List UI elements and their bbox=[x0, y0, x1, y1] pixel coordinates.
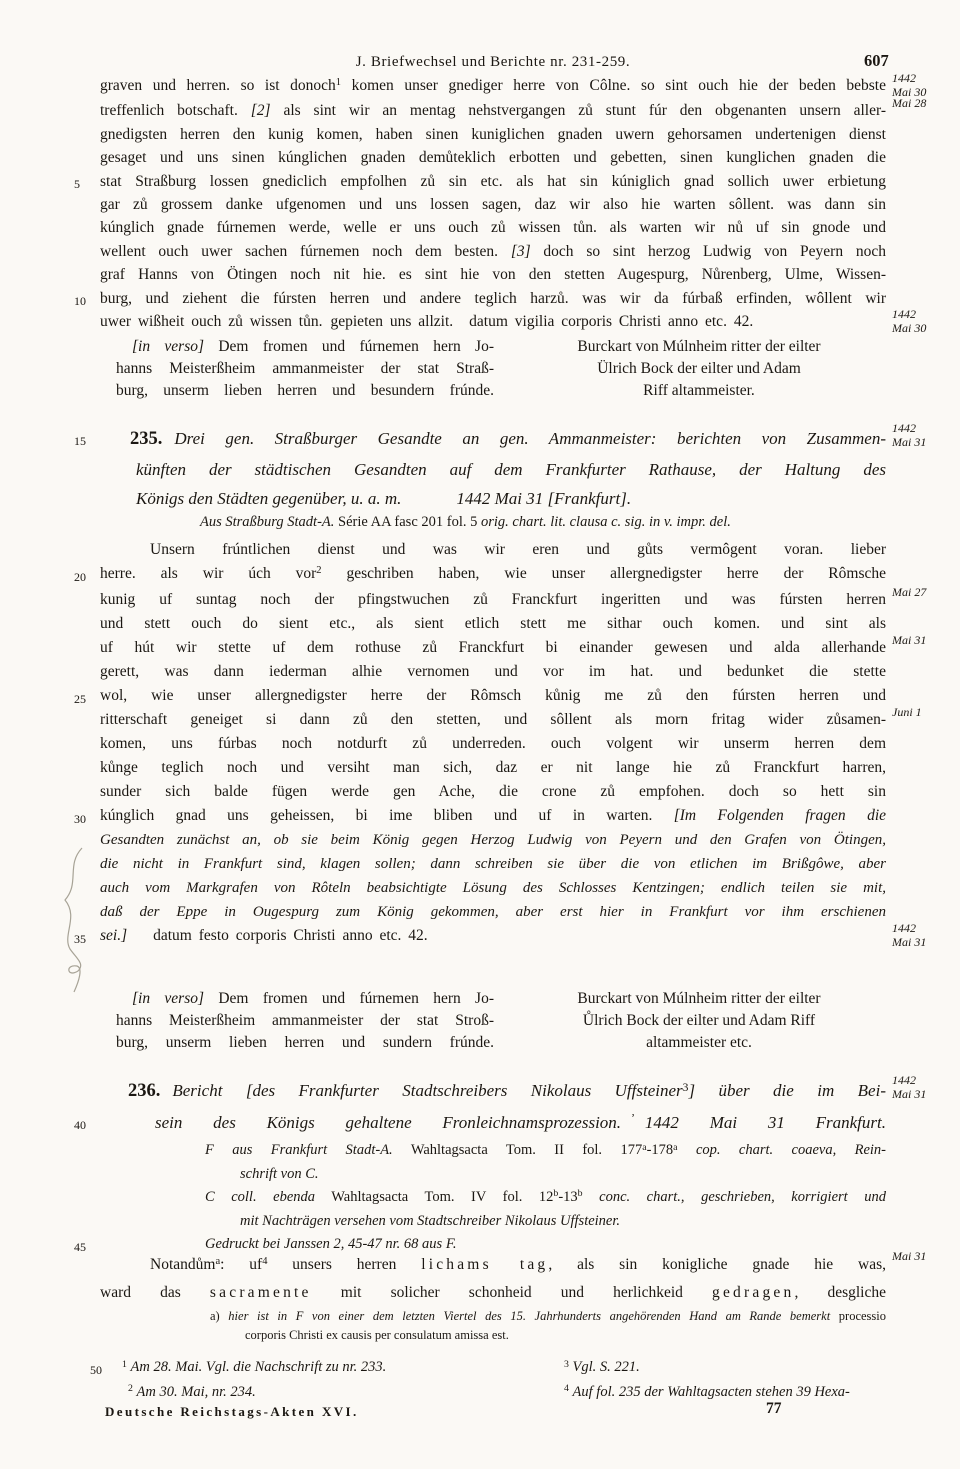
text-line: Königs den Städten gegenüber, u. a. m.14… bbox=[100, 484, 886, 514]
footnotes-block: 501 Am 28. Mai. Vgl. die Nachschrift zu … bbox=[100, 1356, 886, 1405]
text-line: künften der städtischen Gesandten auf de… bbox=[100, 455, 886, 485]
text-line: sunder sich balde fügen werde gen Ache, … bbox=[100, 780, 886, 804]
text-segment: treffenlich botschaft. bbox=[100, 102, 251, 119]
text-segment: orig. chart. lit. clausa c. sig. in v. i… bbox=[481, 514, 731, 530]
doc-234-verso-address-block: [in verso] Dem fromen und fúrnemen hern … bbox=[100, 336, 886, 402]
text-segment: a bbox=[642, 1142, 646, 1153]
text-line: kúnglich gnade fúrnemen werde, welle er … bbox=[100, 216, 886, 239]
text-segment: Wahltagsacta Tom. II fol. 177 bbox=[393, 1142, 643, 1158]
text-segment: burg, unserm lieben herren und sundern f… bbox=[116, 1034, 494, 1051]
text-line: Mai 27kunig uf suntag noch der pfingstwu… bbox=[100, 588, 886, 612]
margin-date-note: Mai 28 bbox=[892, 97, 960, 111]
text-segment: graf Hanns von Ötingen noch nit hie. es … bbox=[100, 266, 886, 283]
text-segment: Drei gen. Straßburger Gesandte an gen. A… bbox=[174, 429, 886, 448]
margin-date-note: Mai 31 bbox=[892, 634, 960, 648]
line-number: 25 bbox=[74, 687, 86, 711]
text-segment: Aus Straßburg Stadt-A. bbox=[200, 514, 334, 530]
text-line: 20herre. als wir úch vor2 geschriben hab… bbox=[100, 562, 886, 588]
text-segment: [in verso] bbox=[132, 990, 204, 1007]
doc-234-continuation-paragraph: 1442 Mai 30graven und herren. so ist don… bbox=[100, 74, 886, 333]
text-segment: [2] bbox=[251, 102, 271, 119]
text-segment: mit Nachträgen versehen vom Stadtschreib… bbox=[240, 1213, 620, 1229]
text-line: 2 Am 30. Mai, nr. 234. bbox=[116, 1381, 536, 1406]
text-segment: [in verso] bbox=[132, 338, 204, 355]
text-segment: uwer wißheit ouch zů wissen tůn. bbox=[100, 313, 323, 330]
text-line: Riff altammeister. bbox=[534, 380, 864, 402]
text-line: altammeister etc. bbox=[534, 1032, 864, 1054]
text-line: gar zů grossem danke ufgenomen und uns l… bbox=[100, 193, 886, 216]
text-segment: Vgl. S. 221. bbox=[573, 1359, 640, 1375]
text-line: gerett, was dann iederman alhie vernomen… bbox=[100, 660, 886, 684]
text-line: F aus Frankfurt Stadt-A. Wahltagsacta To… bbox=[100, 1139, 886, 1163]
address-left: [in verso] Dem fromen und fúrnemen hern … bbox=[116, 988, 494, 1054]
text-segment: künften der städtischen Gesandten auf de… bbox=[136, 460, 886, 479]
text-line: Ůlrich Bock der eilter und Adam Riff bbox=[534, 1010, 864, 1032]
text-segment: kúnglich gnad uns geheissen, bi ime blib… bbox=[100, 807, 674, 824]
text-line: Mai 31uf hút wir stette uf dem rothuse z… bbox=[100, 636, 886, 660]
text-segment: a) bbox=[210, 1309, 228, 1323]
doc-236-body: Mai 31Notandůma: uf4 unsers herren licha… bbox=[100, 1252, 886, 1306]
margin-date-note: 1442 Mai 30 bbox=[892, 308, 960, 335]
text-line: komen, uns fúrbas noch notdurft zů under… bbox=[100, 732, 886, 756]
text-segment: geschriben haben, wie unser allergnedigs… bbox=[322, 565, 886, 582]
text-line: C coll. ebenda Wahltagsacta Tom. IV fol.… bbox=[100, 1186, 886, 1210]
text-line: 25wol, wie unser allergnedigster herre d… bbox=[100, 684, 886, 708]
text-line: schrift von C. bbox=[100, 1163, 886, 1185]
text-segment: Am 28. Mai. Vgl. die Nachschrift zu nr. … bbox=[131, 1359, 387, 1375]
sheet-number: 77 bbox=[766, 1400, 782, 1418]
doc-235-source-note: Aus Straßburg Stadt-A. Série AA fasc 201… bbox=[100, 512, 886, 532]
text-segment: mit solicher schonheid und herlichkeid bbox=[312, 1284, 712, 1301]
text-line: hanns Meisterßheim ammanmeister der stat… bbox=[116, 358, 494, 380]
footnotes-right-column: 3 Vgl. S. 221.4 Auf fol. 235 der Wahltag… bbox=[564, 1356, 886, 1405]
text-line: burg, unserm lieben herren und besundern… bbox=[116, 380, 494, 402]
footnotes-left-column: 501 Am 28. Mai. Vgl. die Nachschrift zu … bbox=[116, 1356, 536, 1405]
footnote-a: a) hier ist in F von einer dem letzten V… bbox=[100, 1307, 886, 1345]
line-number: 40 bbox=[74, 1111, 86, 1141]
text-segment: Unsern frúntlichen dienst und was wir er… bbox=[150, 541, 886, 558]
text-line: mit Nachträgen versehen vom Stadtschreib… bbox=[100, 1210, 886, 1232]
text-segment: 4 bbox=[564, 1383, 569, 1394]
text-segment: die nicht in Frankfurt sind, klagen soll… bbox=[100, 856, 886, 872]
text-segment: stat Straßburg lossen gnediclich empfolh… bbox=[100, 173, 886, 190]
text-segment: Dem fromen und fúrnemen hern Jo- bbox=[204, 338, 494, 355]
text-segment: Série AA fasc 201 fol. 5 bbox=[334, 514, 481, 530]
text-segment: Ülrich Bock der eilter und Adam bbox=[597, 360, 801, 377]
text-segment: 2 bbox=[316, 565, 321, 576]
text-line: Aus Straßburg Stadt-A. Série AA fasc 201… bbox=[100, 512, 886, 532]
text-line: graf Hanns von Ötingen noch nit hie. es … bbox=[100, 263, 886, 286]
text-segment: gedragen bbox=[712, 1284, 794, 1301]
text-line: 30kúnglich gnad uns geheissen, bi ime bl… bbox=[100, 804, 886, 828]
text-segment: Königs den Städten gegenüber, u. a. m. bbox=[136, 489, 401, 508]
text-segment: Auf fol. 235 der Wahltagsacten stehen 39… bbox=[573, 1384, 850, 1400]
text-segment: Wahltagsacta Tom. IV fol. 12 bbox=[315, 1189, 553, 1205]
text-segment: : uf bbox=[220, 1256, 262, 1273]
text-line: 5stat Straßburg lossen gnediclich empfol… bbox=[100, 170, 886, 193]
text-segment: uf hút wir stette uf dem rothuse zů Fran… bbox=[100, 639, 886, 656]
line-number: 45 bbox=[74, 1236, 86, 1258]
text-segment: ʼ bbox=[631, 1112, 635, 1125]
text-segment: 2 bbox=[128, 1383, 133, 1394]
text-segment: Gesandten zunächst an, ob sie beim König… bbox=[100, 832, 886, 848]
text-segment: komen unser gnediger herre von Côlne. so… bbox=[341, 77, 886, 94]
text-segment: sein des Königs gehaltene Fronleichnamsp… bbox=[155, 1113, 621, 1132]
address-left: [in verso] Dem fromen und fúrnemen hern … bbox=[116, 336, 494, 402]
text-line: 1442 Mai 30graven und herren. so ist don… bbox=[100, 74, 886, 99]
margin-date-note: Juni 1 bbox=[892, 706, 960, 720]
text-line: gesaget und uns sinen kúnglichen gnaden … bbox=[100, 146, 886, 169]
line-number: 15 bbox=[74, 427, 86, 457]
text-segment: kúnglich gnade fúrnemen werde, welle er … bbox=[100, 219, 886, 236]
text-segment: 1 bbox=[336, 77, 341, 88]
text-line: 40sein des Königs gehaltene Fronleichnam… bbox=[100, 1108, 886, 1140]
text-line: Mai 28treffenlich botschaft. [2] als sin… bbox=[100, 99, 886, 122]
address-signers: Burckart von Múlnheim ritter der eilterÜ… bbox=[534, 336, 864, 402]
text-column: 1442 Mai 30graven und herren. so ist don… bbox=[100, 0, 886, 1469]
text-line: 3 Vgl. S. 221. bbox=[564, 1356, 886, 1381]
text-segment: Notandům bbox=[150, 1256, 215, 1273]
text-segment: -13 bbox=[558, 1189, 577, 1205]
text-segment: sei.] bbox=[100, 927, 127, 944]
text-segment: sacramente bbox=[210, 1284, 312, 1301]
margin-date-note: Mai 27 bbox=[892, 586, 960, 600]
text-line: 4 Auf fol. 235 der Wahltagsacten stehen … bbox=[564, 1381, 886, 1406]
text-line: 501 Am 28. Mai. Vgl. die Nachschrift zu … bbox=[116, 1356, 536, 1381]
text-segment: hanns Meisterßheim ammanmeister der stat… bbox=[116, 1012, 494, 1029]
text-segment: Bericht [des Frankfurter Stadtschreibers… bbox=[172, 1081, 682, 1100]
handwritten-margin-squiggle-mark bbox=[52, 845, 100, 995]
text-segment: kůnge teglich noch und versiht man sich,… bbox=[100, 759, 886, 776]
text-segment: cop. chart. coaeva, Rein- bbox=[696, 1142, 886, 1158]
series-title: Deutsche Reichstags-Akten XVI. bbox=[105, 1404, 359, 1420]
text-segment: processio bbox=[839, 1309, 886, 1323]
text-line: Burckart von Múlnheim ritter der eilter bbox=[534, 988, 864, 1010]
text-segment: Am 30. Mai, nr. 234. bbox=[137, 1384, 256, 1400]
text-segment: F aus Frankfurt Stadt-A. bbox=[205, 1142, 393, 1158]
text-line: die nicht in Frankfurt sind, klagen soll… bbox=[100, 852, 886, 876]
text-segment: datum festo corporis Christi anno etc. 4… bbox=[153, 927, 428, 944]
text-segment: und stett ouch do sient etc., als sient … bbox=[100, 615, 886, 632]
text-segment: herre. als wir úch vor bbox=[100, 565, 316, 582]
text-segment: daß der Eppe in Ougespurg zum König geko… bbox=[100, 904, 886, 920]
text-segment: datum vigilia corporis Christi anno etc.… bbox=[469, 313, 753, 330]
text-segment: [Im Folgenden fragen die bbox=[674, 807, 886, 824]
text-line: a) hier ist in F von einer dem letzten V… bbox=[100, 1307, 886, 1326]
text-line: [in verso] Dem fromen und fúrnemen hern … bbox=[116, 336, 494, 358]
doc-236-heading: 1442 Mai 31236.Bericht [des Frankfurter … bbox=[100, 1076, 886, 1139]
text-line: hanns Meisterßheim ammanmeister der stat… bbox=[116, 1010, 494, 1032]
doc-235-body: Unsern frúntlichen dienst und was wir er… bbox=[100, 538, 886, 948]
doc-235-verso-address-block: [in verso] Dem fromen und fúrnemen hern … bbox=[100, 988, 886, 1054]
text-line: Ülrich Bock der eilter und Adam bbox=[534, 358, 864, 380]
text-segment: , als sin konigliche gnade hie was, bbox=[548, 1256, 886, 1273]
text-segment: 4 bbox=[262, 1256, 267, 1267]
text-line: daß der Eppe in Ougespurg zum König geko… bbox=[100, 900, 886, 924]
text-line: Mai 31Notandůma: uf4 unsers herren licha… bbox=[100, 1252, 886, 1280]
text-segment: 1 bbox=[122, 1359, 127, 1370]
text-segment: [3] bbox=[511, 243, 531, 260]
text-segment: a bbox=[673, 1142, 677, 1153]
text-line: und stett ouch do sient etc., als sient … bbox=[100, 612, 886, 636]
text-line: 10burg, und ziehent die fúrsten herren u… bbox=[100, 287, 886, 310]
text-segment: gesaget und uns sinen kúnglichen gnaden … bbox=[100, 149, 886, 166]
text-line: 1442 Mai 31236.Bericht [des Frankfurter … bbox=[100, 1076, 886, 1108]
text-segment: Gedruckt bei Janssen 2, 45-47 nr. 68 aus… bbox=[205, 1236, 456, 1252]
text-segment: wol, wie unser allergnedigster herre der… bbox=[100, 687, 886, 704]
text-segment: unsers herren bbox=[267, 1256, 421, 1273]
line-number: 10 bbox=[74, 290, 86, 313]
text-line: 151442 Mai 31235.Drei gen. Straßburger G… bbox=[100, 424, 886, 455]
text-segment: auch vom Markgrafen von Rôteln beabsicht… bbox=[100, 880, 886, 896]
text-segment: hier ist in F von einer dem letzten Vier… bbox=[228, 1309, 838, 1323]
text-segment: sunder sich balde fügen werde gen Ache, … bbox=[100, 783, 886, 800]
doc-236-source-note: F aus Frankfurt Stadt-A. Wahltagsacta To… bbox=[100, 1139, 886, 1255]
text-segment: Burckart von Múlnheim ritter der eilter bbox=[577, 990, 820, 1007]
text-segment: gerett, was dann iederman alhie vernomen… bbox=[100, 663, 886, 680]
text-segment: doch so sint herzog Ludwig von Peyern no… bbox=[531, 243, 886, 260]
text-segment: C coll. ebenda bbox=[205, 1189, 315, 1205]
text-segment: conc. chart., geschrieben, korrigiert un… bbox=[599, 1189, 886, 1205]
text-segment: 3 bbox=[683, 1081, 689, 1094]
text-segment: graven und herren. so ist donoch bbox=[100, 77, 336, 94]
text-segment: gar zů grossem danke ufgenomen und uns l… bbox=[100, 196, 886, 213]
text-segment: Burckart von Múlnheim ritter der eilter bbox=[577, 338, 820, 355]
text-segment: , desgliche bbox=[794, 1284, 886, 1301]
address-signers: Burckart von Múlnheim ritter der eilterŮ… bbox=[534, 988, 864, 1054]
text-segment: Ůlrich Bock der eilter und Adam Riff bbox=[583, 1012, 815, 1029]
text-line: ward das sacramente mit solicher schonhe… bbox=[100, 1280, 886, 1306]
text-segment: Dem fromen und fúrnemen hern Jo- bbox=[204, 990, 494, 1007]
text-line: Juni 1ritterschaft geneiget si dann zů d… bbox=[100, 708, 886, 732]
text-line: wellent ouch uwer sachen fúrnemen noch d… bbox=[100, 240, 886, 263]
text-segment: Riff altammeister. bbox=[643, 382, 755, 399]
text-segment: gepieten uns allzit. bbox=[331, 313, 454, 330]
text-segment: corporis Christi ex causis per consulatu… bbox=[245, 1328, 509, 1342]
text-segment bbox=[583, 1189, 600, 1205]
text-segment bbox=[678, 1142, 696, 1158]
text-line: [in verso] Dem fromen und fúrnemen hern … bbox=[116, 988, 494, 1010]
line-number: 20 bbox=[74, 565, 86, 589]
text-segment: 236. bbox=[128, 1081, 160, 1101]
text-line: corporis Christi ex causis per consulatu… bbox=[100, 1326, 886, 1345]
text-line: Burckart von Múlnheim ritter der eilter bbox=[534, 336, 864, 358]
text-segment: ] über die im Bei- bbox=[688, 1081, 886, 1100]
text-segment: ritterschaft geneiget si dann zů den ste… bbox=[100, 711, 886, 728]
text-segment: 1442 Mai 31 [Frankfurt]. bbox=[456, 489, 631, 508]
text-line: auch vom Markgrafen von Rôteln beabsicht… bbox=[100, 876, 886, 900]
text-segment: b bbox=[578, 1188, 583, 1199]
margin-date-note: 1442 Mai 31 bbox=[892, 922, 960, 949]
doc-235-heading: 151442 Mai 31235.Drei gen. Straßburger G… bbox=[100, 424, 886, 514]
text-segment: lichams tag bbox=[421, 1256, 548, 1273]
book-page: J. Briefwechsel und Berichte nr. 231-259… bbox=[0, 0, 960, 1469]
text-segment: altammeister etc. bbox=[646, 1034, 752, 1051]
text-line: gnedigsten herren den kunig komen, haben… bbox=[100, 123, 886, 146]
text-line: kůnge teglich noch und versiht man sich,… bbox=[100, 756, 886, 780]
text-segment: 3 bbox=[564, 1359, 569, 1370]
text-segment: 1442 Mai 31 Frankfurt. bbox=[645, 1113, 886, 1132]
text-line: Gesandten zunächst an, ob sie beim König… bbox=[100, 828, 886, 852]
text-segment: ward das bbox=[100, 1284, 210, 1301]
text-line: 351442 Mai 31sei.]datum festo corporis C… bbox=[100, 924, 886, 948]
text-segment: schrift von C. bbox=[240, 1166, 319, 1182]
text-segment: hanns Meisterßheim ammanmeister der stat… bbox=[116, 360, 494, 377]
text-segment: burg, und ziehent die fúrsten herren und… bbox=[100, 290, 886, 307]
text-segment: kunig uf suntag noch der pfingstwuchen z… bbox=[100, 591, 886, 608]
text-segment: 235. bbox=[130, 429, 162, 449]
margin-date-note: Mai 31 bbox=[892, 1250, 960, 1264]
text-segment: b bbox=[553, 1188, 558, 1199]
text-line: 1442 Mai 30uwer wißheit ouch zů wissen t… bbox=[100, 310, 886, 333]
text-line: burg, unserm lieben herren und sundern f… bbox=[116, 1032, 494, 1054]
text-segment: als sint wir an mentag nehstvergangen zů… bbox=[271, 102, 886, 119]
margin-date-note: 1442 Mai 31 bbox=[892, 1074, 960, 1101]
margin-date-note: 1442 Mai 30 bbox=[892, 72, 960, 99]
text-segment: gnedigsten herren den kunig komen, haben… bbox=[100, 126, 886, 143]
text-segment: burg, unserm lieben herren und besundern… bbox=[116, 382, 494, 399]
text-segment: a bbox=[215, 1256, 220, 1267]
text-segment: -178 bbox=[647, 1142, 674, 1158]
text-segment: komen, uns fúrbas noch notdurft zů under… bbox=[100, 735, 886, 752]
line-number: 5 bbox=[74, 173, 80, 196]
text-segment: wellent ouch uwer sachen fúrnemen noch d… bbox=[100, 243, 511, 260]
margin-date-note: 1442 Mai 31 bbox=[892, 422, 960, 449]
text-line: Unsern frúntlichen dienst und was wir er… bbox=[100, 538, 886, 562]
line-number: 50 bbox=[90, 1359, 102, 1382]
line-number: 30 bbox=[74, 807, 86, 831]
